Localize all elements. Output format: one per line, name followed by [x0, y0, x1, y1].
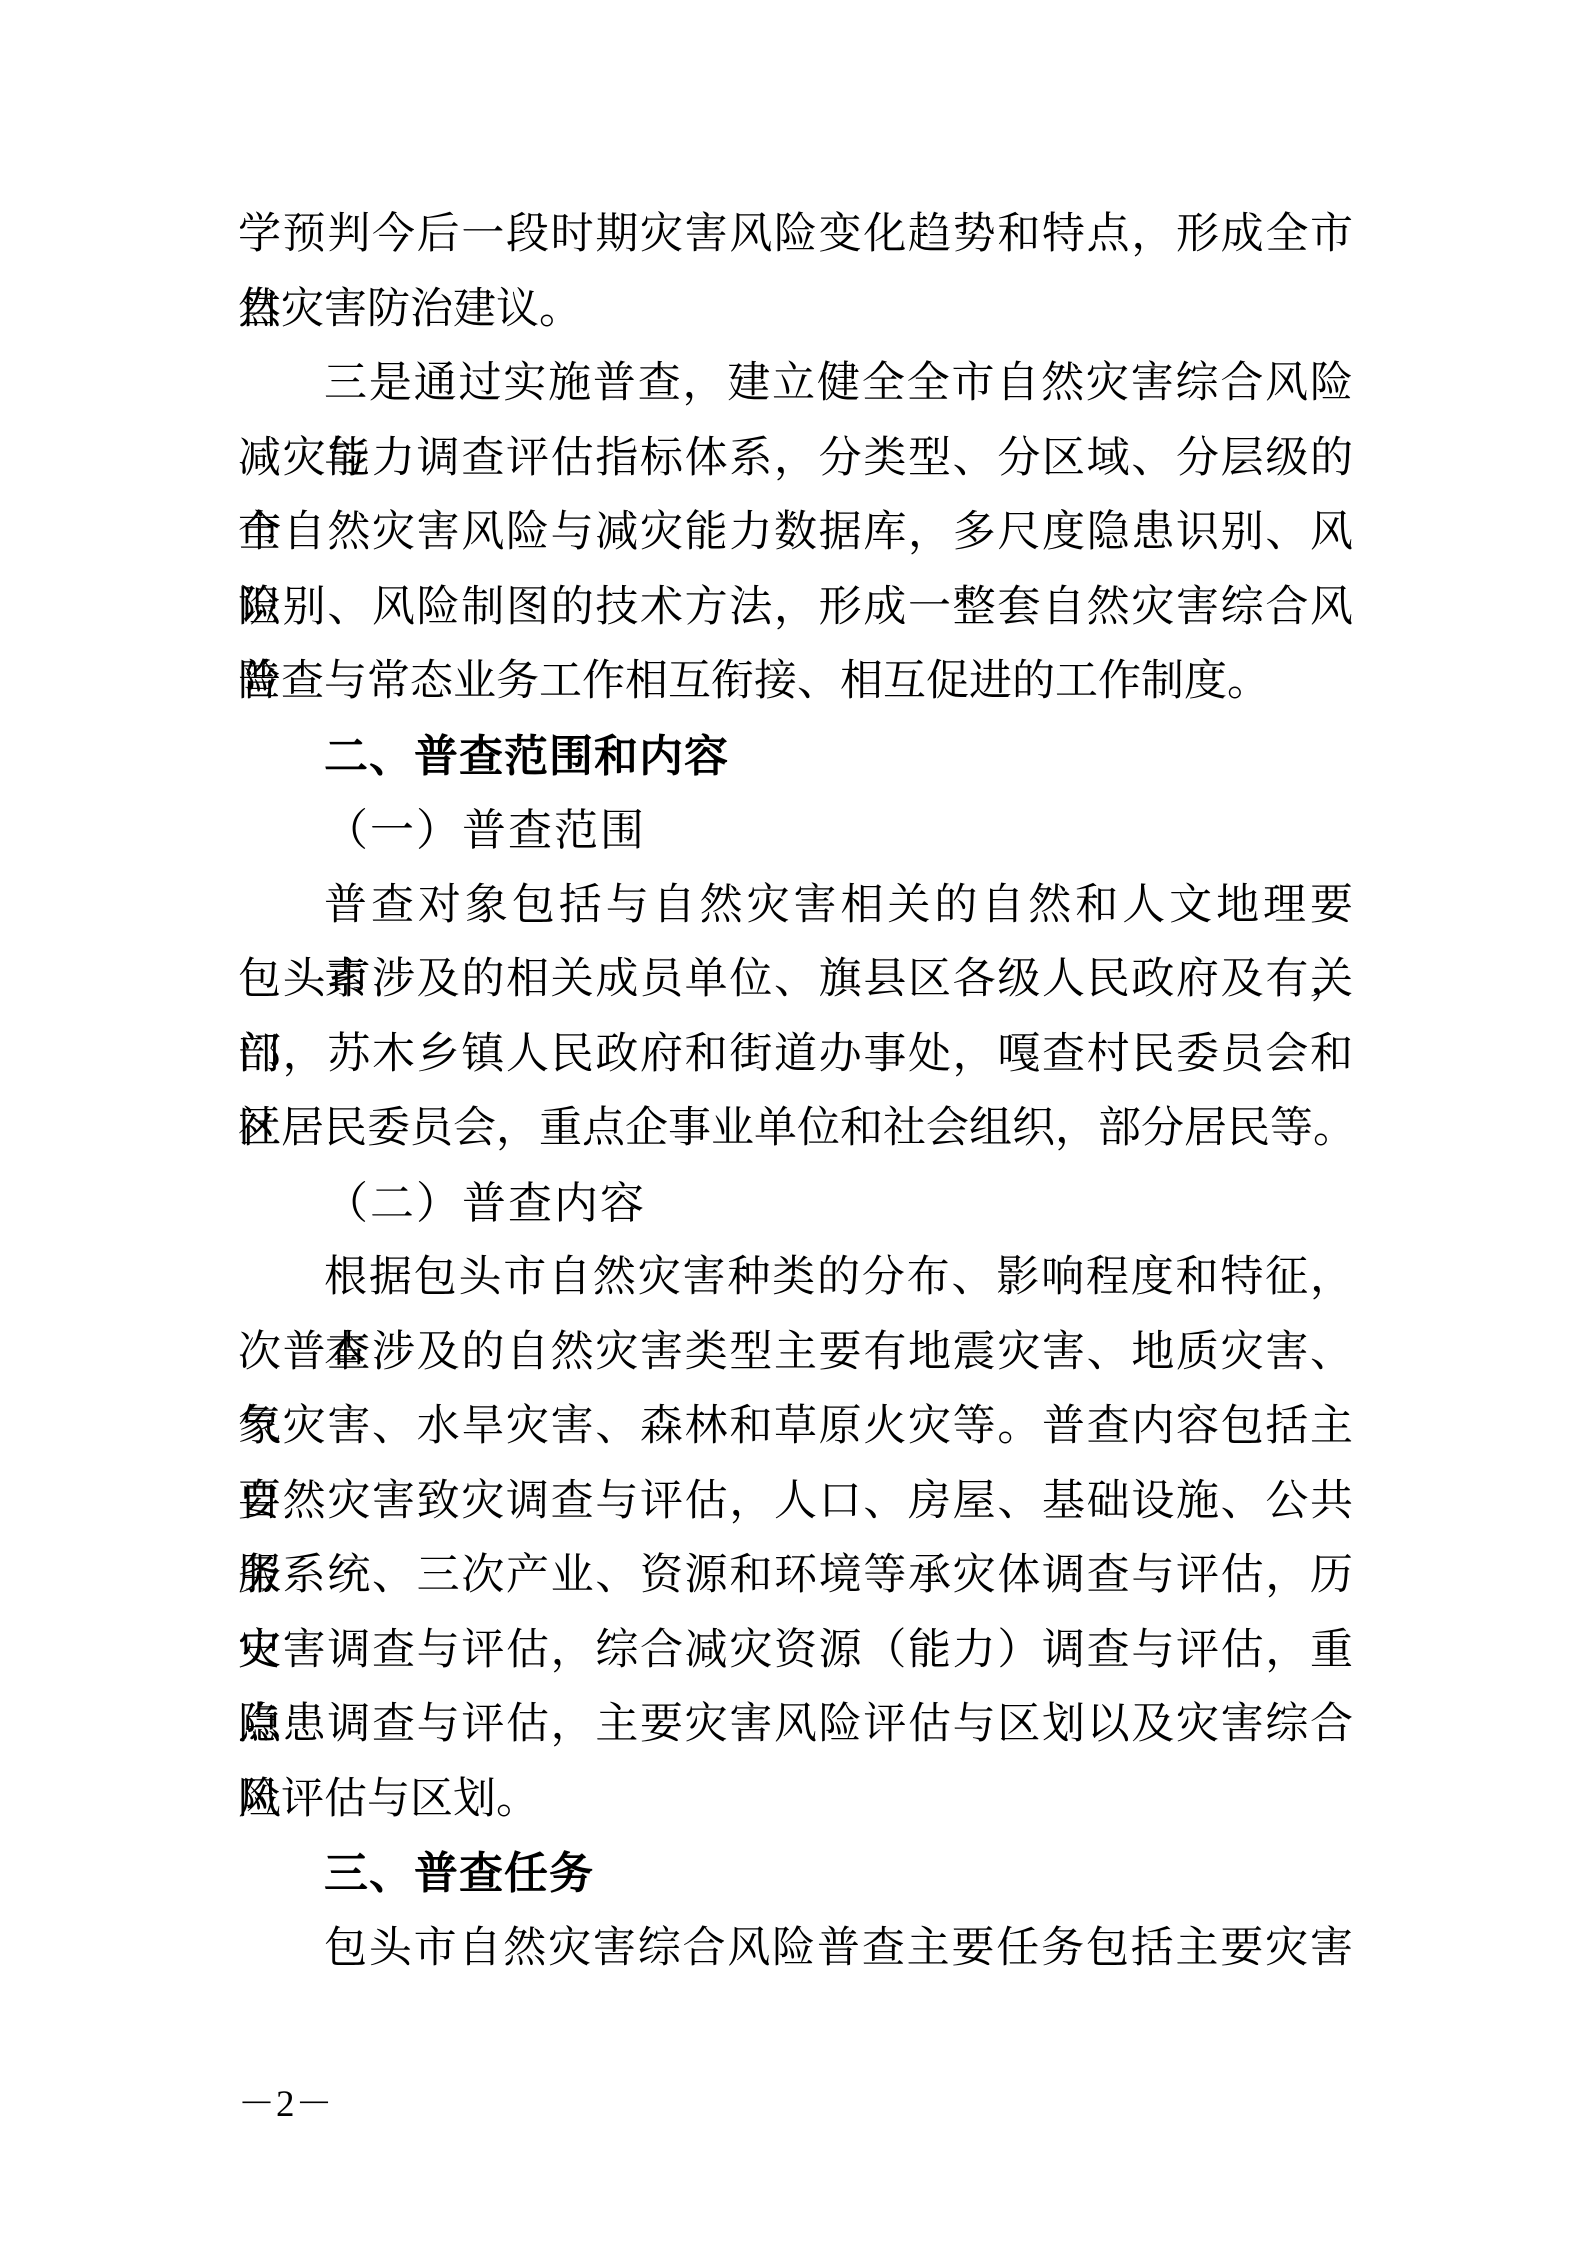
- body-text-line: 普查对象包括与自然灾害相关的自然和人文地理要素，: [238, 869, 1353, 944]
- body-text-line: 根据包头市自然灾害种类的分布、影响程度和特征，本: [238, 1241, 1353, 1316]
- body-text-line: 学预判今后一段时期灾害风险变化趋势和特点，形成全市自: [238, 198, 1353, 273]
- body-text-line: 包头市涉及的相关成员单位、旗县区各级人民政府及有关部: [238, 943, 1353, 1018]
- body-text-line: 然灾害防治建议。: [238, 273, 1353, 348]
- document-page: 学预判今后一段时期灾害风险变化趋势和特点，形成全市自然灾害防治建议。三是通过实施…: [0, 0, 1587, 2245]
- body-text-line: 包头市自然灾害综合风险普查主要任务包括主要灾害: [238, 1912, 1353, 1987]
- body-text-line: 自然灾害致灾调查与评估，人口、房屋、基础设施、公共服: [238, 1465, 1353, 1540]
- section-heading-line: 二、普查范围和内容: [238, 720, 1353, 795]
- body-text-line: 险评估与区划。: [238, 1763, 1353, 1838]
- section-heading-line: 三、普查任务: [238, 1837, 1353, 1912]
- subsection-heading-line: （一）普查范围: [238, 794, 1353, 869]
- document-body: 学预判今后一段时期灾害风险变化趋势和特点，形成全市自然灾害防治建议。三是通过实施…: [238, 198, 1353, 1986]
- body-text-line: 象灾害、水旱灾害、森林和草原火灾等。普查内容包括主要: [238, 1390, 1353, 1465]
- page-number: －2－: [238, 2082, 334, 2128]
- body-text-line: 灾害调查与评估，综合减灾资源（能力）调查与评估，重点: [238, 1614, 1353, 1689]
- body-text-line: 识别、风险制图的技术方法，形成一整套自然灾害综合风险: [238, 571, 1353, 646]
- body-text-line: 区居民委员会，重点企事业单位和社会组织，部分居民等。: [238, 1092, 1353, 1167]
- body-text-line: 三是通过实施普查，建立健全全市自然灾害综合风险与: [238, 347, 1353, 422]
- body-text-line: 普查与常态业务工作相互衔接、相互促进的工作制度。: [238, 645, 1353, 720]
- body-text-line: 门，苏木乡镇人民政府和街道办事处，嘎查村民委员会和社: [238, 1018, 1353, 1093]
- body-text-line: 市自然灾害风险与减灾能力数据库，多尺度隐患识别、风险: [238, 496, 1353, 571]
- body-text-line: 减灾能力调查评估指标体系，分类型、分区域、分层级的全: [238, 422, 1353, 497]
- body-text-line: 隐患调查与评估，主要灾害风险评估与区划以及灾害综合风: [238, 1688, 1353, 1763]
- body-text-line: 务系统、三次产业、资源和环境等承灾体调查与评估，历史: [238, 1539, 1353, 1614]
- body-text-line: 次普查涉及的自然灾害类型主要有地震灾害、地质灾害、气: [238, 1316, 1353, 1391]
- subsection-heading-line: （二）普查内容: [238, 1167, 1353, 1242]
